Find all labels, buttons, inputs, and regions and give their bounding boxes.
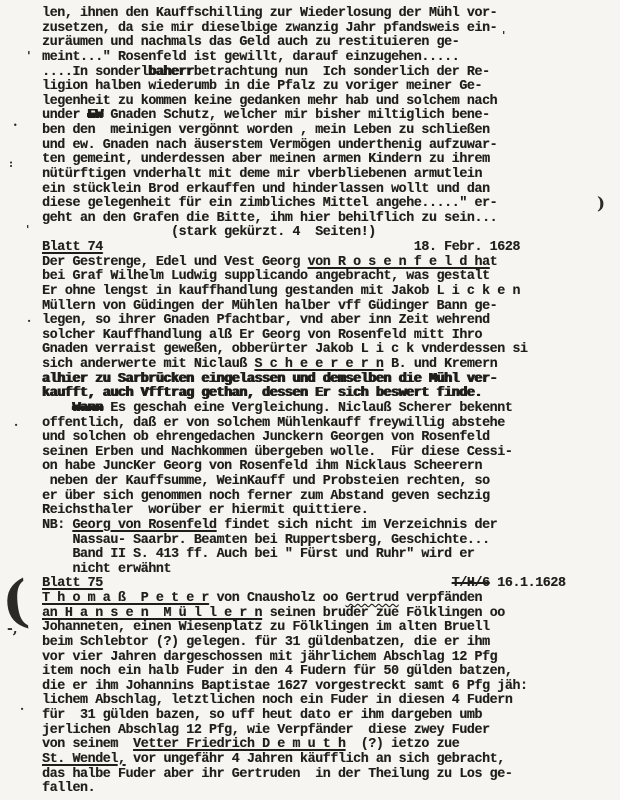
document-line: Wann Es geschah eine Vergleichung. Nicla… (42, 402, 620, 417)
hv-text-segment: baherr (148, 65, 194, 80)
document-line: len, ihnen den Kauffschilling zur Wieder… (42, 7, 620, 22)
document-line: nütürftigen vnderhalt mit deme mir vberb… (42, 168, 620, 183)
text-segment: Nassau- Saarbr. Beamten bei Ruppertsberg… (42, 533, 490, 548)
hv-text-segment: kaufft, auch Vfftrag gethan, dessen Er s… (42, 386, 482, 401)
u-text-segment: an H a n s e n M ü l l e r n (42, 606, 262, 621)
text-segment: Gnaden Schutz, welcher mir bisher miltig… (103, 108, 490, 123)
text-segment: item noch ein halb Fuder in den 4 Fudern… (42, 664, 512, 679)
document-line: offentlich, daß er von solchem Mühlenkau… (42, 417, 620, 432)
document-line: sich anderwerte mit Niclauß S c h e e r … (42, 358, 620, 373)
document-line: kaufft, auch Vfftrag gethan, dessen Er s… (42, 387, 620, 402)
document-line: alhier zu Sarbrücken eingelassen und dem… (42, 373, 620, 388)
text-segment: verpfänden (399, 591, 482, 606)
text-segment (103, 576, 452, 591)
text-segment: seinen Erben und Nachkommen übergeben wo… (42, 445, 512, 460)
text-segment (42, 401, 72, 416)
text-segment: Es geschah eine Vergleichung. Niclauß Sc… (103, 401, 513, 416)
document-line: Er ohne lengst in kauffhandlung gestande… (42, 285, 620, 300)
text-segment: von seinem (42, 737, 133, 752)
text-segment: beim Schlebtor (?) gelegen. für 31 gülde… (42, 635, 490, 650)
text-segment: das halbe Fuder aber ihr Gertruden in de… (42, 767, 512, 782)
document-line: jerlichen Abschlag 12 Pfg, wie Verpfände… (42, 724, 620, 739)
document-line: Blatt 74 18. Febr. 1628 (42, 241, 620, 256)
text-segment: diese gelegenheit für ein zimbliches Mit… (42, 196, 497, 211)
xx-text-segment: EW (88, 108, 103, 123)
document-line: Band II S. 413 ff. Auch bei " Fürst und … (42, 548, 620, 563)
document-line: Reichsthaler worüber er hiermit quittier… (42, 504, 620, 519)
document-line: er über sich genommen noch ferner zum Ab… (42, 490, 620, 505)
text-segment: für 31 gülden bazen, so uff heut dato er… (42, 708, 482, 723)
text-segment: ein stücklein Brod erkauffen und hinderl… (42, 182, 490, 197)
document-line: on habe JuncKer Georg von Rosenfeld ihm … (42, 460, 620, 475)
ov-text-segment: was gestalt (406, 269, 489, 284)
document-line: fallen. (42, 782, 620, 797)
document-line: und solchen ob ehrengedachen Junckern Ge… (42, 431, 620, 446)
text-segment: legen, so ihrer Gnaden Pfachtbar, vnd ab… (42, 313, 490, 328)
u-text-segment: St. Wendel, (42, 752, 125, 767)
text-segment: zusetzen, da sie mir dieselbige zwanzig … (42, 21, 497, 36)
text-segment: Er ohne lengst in kauffhandlung gestande… (42, 284, 520, 299)
document-line: legen, so ihrer Gnaden Pfachtbar, vnd ab… (42, 314, 620, 329)
document-line: an H a n s e n M ü l l e r n seinen brud… (42, 607, 620, 622)
text-segment: jerlichen Abschlag 12 Pfg, wie Verpfände… (42, 723, 490, 738)
text-segment: er über sich genommen noch ferner zum Ab… (42, 489, 490, 504)
document-line: item noch ein halb Fuder in den 4 Fudern… (42, 665, 620, 680)
u-text-segment: Vetter Friedrich D e m u t h (133, 737, 345, 752)
text-segment: ....In sonderl (42, 65, 148, 80)
text-segment: Gnaden verraist geweßen, obberürter Jako… (42, 342, 527, 357)
document-page: len, ihnen den Kauffschilling zur Wieder… (0, 0, 620, 800)
u-text-segment: Georg von Rosenfeld (72, 518, 216, 533)
document-line: (stark gekürzt. 4 Seiten!) (42, 226, 620, 241)
text-segment: findet sich nicht im Verzeichnis der (216, 518, 497, 533)
document-line: beim Schlebtor (?) gelegen. für 31 gülde… (42, 636, 620, 651)
document-line: zuräumen und nachmals das Geld auch zu r… (42, 36, 620, 51)
u-text-segment: T h o m a ß P e t e r (42, 591, 209, 606)
text-segment: legenheit zu kommen keine gedanken mehr … (42, 94, 497, 109)
document-line: Blatt 75 T/H/6 16.1.1628 (42, 577, 620, 592)
text-segment: 18. Febr. 1628 (414, 240, 520, 255)
u-text-segment: von R o s e n f e l d (308, 255, 467, 270)
text-segment: len, ihnen den Kauffschilling zur Wieder… (42, 6, 497, 21)
document-line: meint..." Rosenfeld ist gewillt, darauf … (42, 51, 620, 66)
text-segment: NB: (42, 518, 72, 533)
text-segment: die er ihm Johannins Baptistae 1627 vorg… (42, 679, 527, 694)
document-line: ten gemeint, underdessen aber meinen arm… (42, 153, 620, 168)
text-segment: zuräumen und nachmals das Geld auch zu r… (42, 35, 459, 50)
document-line: under EW Gnaden Schutz, welcher mir bish… (42, 109, 620, 124)
text-segment: 16.1.1628 (490, 576, 566, 591)
text-segment: nütürftigen vnderhalt mit deme mir vberb… (42, 167, 482, 182)
text-segment: nicht erwähnt (42, 562, 171, 577)
text-segment: vor ungefähr 4 Jahren käufflich an sich … (125, 752, 504, 767)
text-segment: sich anderwerte mit Niclauß (42, 357, 254, 372)
document-line: ....In sonderlbaherrbetrachtung nun Ich … (42, 66, 620, 81)
u-text-segment: Blatt 74 (42, 240, 103, 255)
text-segment: geht an den Grafen die Bitte, ihm hier b… (42, 211, 497, 226)
text-segment: meint..." Rosenfeld ist gewillt, darauf … (42, 50, 459, 65)
document-line: Johanneten, einen Wiesenplatz zu Fölklin… (42, 621, 620, 636)
document-line: die er ihm Johannins Baptistae 1627 vorg… (42, 680, 620, 695)
text-segment: offentlich, daß er von solchem Mühlenkau… (42, 416, 505, 431)
document-line: das halbe Fuder aber ihr Gertruden in de… (42, 768, 620, 783)
text-segment: Johanneten, einen Wiesenplatz zu Fölklin… (42, 620, 490, 635)
document-line: seinen Erben und Nachkommen übergeben wo… (42, 446, 620, 461)
text-segment: under (42, 108, 88, 123)
document-line: St. Wendel, vor ungefähr 4 Jahren käuffl… (42, 753, 620, 768)
text-segment: hat (467, 255, 497, 270)
text-segment: on habe JuncKer Georg von Rosenfeld ihm … (42, 459, 482, 474)
text-segment: (?) ietzo zue (345, 737, 459, 752)
text-segment: fallen. (42, 781, 95, 796)
document-line: bei Graf Wilhelm Ludwig supplicando ange… (42, 270, 620, 285)
text-segment: lichem Abschlag, letztlichen noch ein Fu… (42, 693, 512, 708)
document-line: nicht erwähnt (42, 563, 620, 578)
text-segment: ten gemeint, underdessen aber meinen arm… (42, 152, 490, 167)
text-segment: Der Gestrenge, Edel und Vest Georg (42, 255, 308, 270)
document-line: T h o m a ß P e t e r von Cnausholz oo G… (42, 592, 620, 607)
document-line: Gnaden verraist geweßen, obberürter Jako… (42, 343, 620, 358)
document-line: lichem Abschlag, letztlichen noch ein Fu… (42, 694, 620, 709)
xx-text-segment: Wann (72, 401, 102, 416)
text-segment: bei Graf Wilhelm Ludwig supplicando ange… (42, 269, 406, 284)
text-segment (103, 240, 414, 255)
text-segment: solcher Kauffhandlung alß Er Georg von R… (42, 328, 482, 343)
text-segment: betrachtung nun Ich sonderlich der Re- (194, 65, 490, 80)
document-line: diese gelegenheit für ein zimbliches Mit… (42, 197, 620, 212)
document-line: neben der Kauffsumme, WeinKauff und Prob… (42, 475, 620, 490)
text-segment: Müllern von Güdingen der Mühlen halber v… (42, 299, 497, 314)
uw-text-segment: Gertrud (345, 591, 398, 606)
document-line: für 31 gülden bazen, so uff heut dato er… (42, 709, 620, 724)
document-line: und ew. Gnaden nach äuserstem Vermögen u… (42, 139, 620, 154)
document-line: geht an den Grafen die Bitte, ihm hier b… (42, 212, 620, 227)
document-line: Nassau- Saarbr. Beamten bei Ruppertsberg… (42, 534, 620, 549)
document-line: NB: Georg von Rosenfeld findet sich nich… (42, 519, 620, 534)
text-segment: Reichsthaler worüber er hiermit quittier… (42, 503, 368, 518)
document-line: Müllern von Güdingen der Mühlen halber v… (42, 300, 620, 315)
text-segment: (stark gekürzt. 4 Seiten!) (42, 225, 376, 240)
document-line: ben den meinigen vergönnt worden , mein … (42, 124, 620, 139)
u-text-segment: Blatt 75 (42, 576, 103, 591)
text-segment: neben der Kauffsumme, WeinKauff und Prob… (42, 474, 490, 489)
document-line: von seinem Vetter Friedrich D e m u t h … (42, 738, 620, 753)
u-text-segment: S c h e e r e r n (254, 357, 383, 372)
text-segment: ligion halben wiederumb in die Pfalz zu … (42, 79, 482, 94)
text-segment: von Cnausholz oo (209, 591, 346, 606)
document-line: ein stücklein Brod erkauffen und hinderl… (42, 183, 620, 198)
document-line: vor vier Jahren dargeschossen mit jährli… (42, 651, 620, 666)
text-segment: B. und Kremern (383, 357, 497, 372)
hv-text-segment: alhier zu Sarbrücken eingelassen und dem… (42, 372, 497, 387)
document-line: ligion halben wiederumb in die Pfalz zu … (42, 80, 620, 95)
document-body: len, ihnen den Kauffschilling zur Wieder… (42, 7, 620, 797)
x-text-segment: T/H/6 (452, 576, 490, 591)
text-segment: vor vier Jahren dargeschossen mit jährli… (42, 650, 497, 665)
text-segment: ben den meinigen vergönnt worden , mein … (42, 123, 490, 138)
text-segment: und solchen ob ehrengedachen Junckern Ge… (42, 430, 490, 445)
document-line: solcher Kauffhandlung alß Er Georg von R… (42, 329, 620, 344)
text-segment: seinen bruder zue Fölklingen oo (262, 606, 505, 621)
document-line: zusetzen, da sie mir dieselbige zwanzig … (42, 22, 620, 37)
document-line: legenheit zu kommen keine gedanken mehr … (42, 95, 620, 110)
text-segment: und ew. Gnaden nach äuserstem Vermögen u… (42, 138, 497, 153)
text-segment: Band II S. 413 ff. Auch bei " Fürst und … (42, 547, 474, 562)
